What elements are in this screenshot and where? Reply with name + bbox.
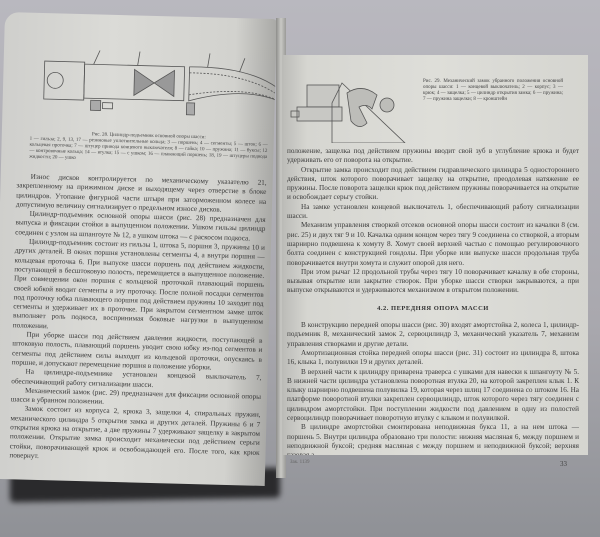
left-page: Рис. 28. Цилиндр-подъемник основной опор… <box>0 12 277 486</box>
paragraph: На замке установлен концевой выключатель… <box>287 203 579 222</box>
paragraph: При этом рычаг 12 продольной трубы через… <box>287 268 579 296</box>
paragraph: В конструкцию передней опоры шасси (рис.… <box>287 321 579 349</box>
paragraph: В цилиндре амортстойки смонтирована непо… <box>287 423 579 455</box>
cylinder-drawing-figure <box>38 43 277 134</box>
left-body-text: Износ дисков контролируется по механичес… <box>9 172 266 467</box>
section-heading: 4.2. ПЕРЕДНЯЯ ОПОРА МАССИ <box>287 304 579 313</box>
right-body-text: положение, защелка под действием пружины… <box>287 147 579 455</box>
paragraph: Амортизационная стойка передней опоры ша… <box>287 349 579 368</box>
lock-mechanism-figure <box>287 73 417 143</box>
right-page: Рис. 29. Механический замок убранного по… <box>283 55 588 455</box>
paragraph: Износ дисков контролируется по механичес… <box>16 172 267 216</box>
paragraph: Открытие замка происходит под действием … <box>287 166 579 203</box>
paragraph: При уборке шасси под действием давления … <box>12 330 263 374</box>
paragraph: Цилиндр-подъемник состоит из гильзы 1, ш… <box>13 237 265 336</box>
paragraph: Механизм управления створкой отсеков осн… <box>287 221 579 267</box>
page-number: 33 <box>560 460 567 468</box>
paragraph: Замок состоит из корпуса 2, крюка 3, защ… <box>9 405 260 467</box>
paragraph: положение, защелка под действием пружины… <box>287 147 579 166</box>
figure-caption-29: Рис. 29. Механический замок убранного по… <box>423 79 563 103</box>
paragraph: В верхней части к цилиндру приварена тра… <box>287 368 579 424</box>
print-footer: Зак. 1139 <box>290 460 309 465</box>
figure-caption-28: Рис. 28. Цилиндр-подъемник основной опор… <box>29 131 268 167</box>
